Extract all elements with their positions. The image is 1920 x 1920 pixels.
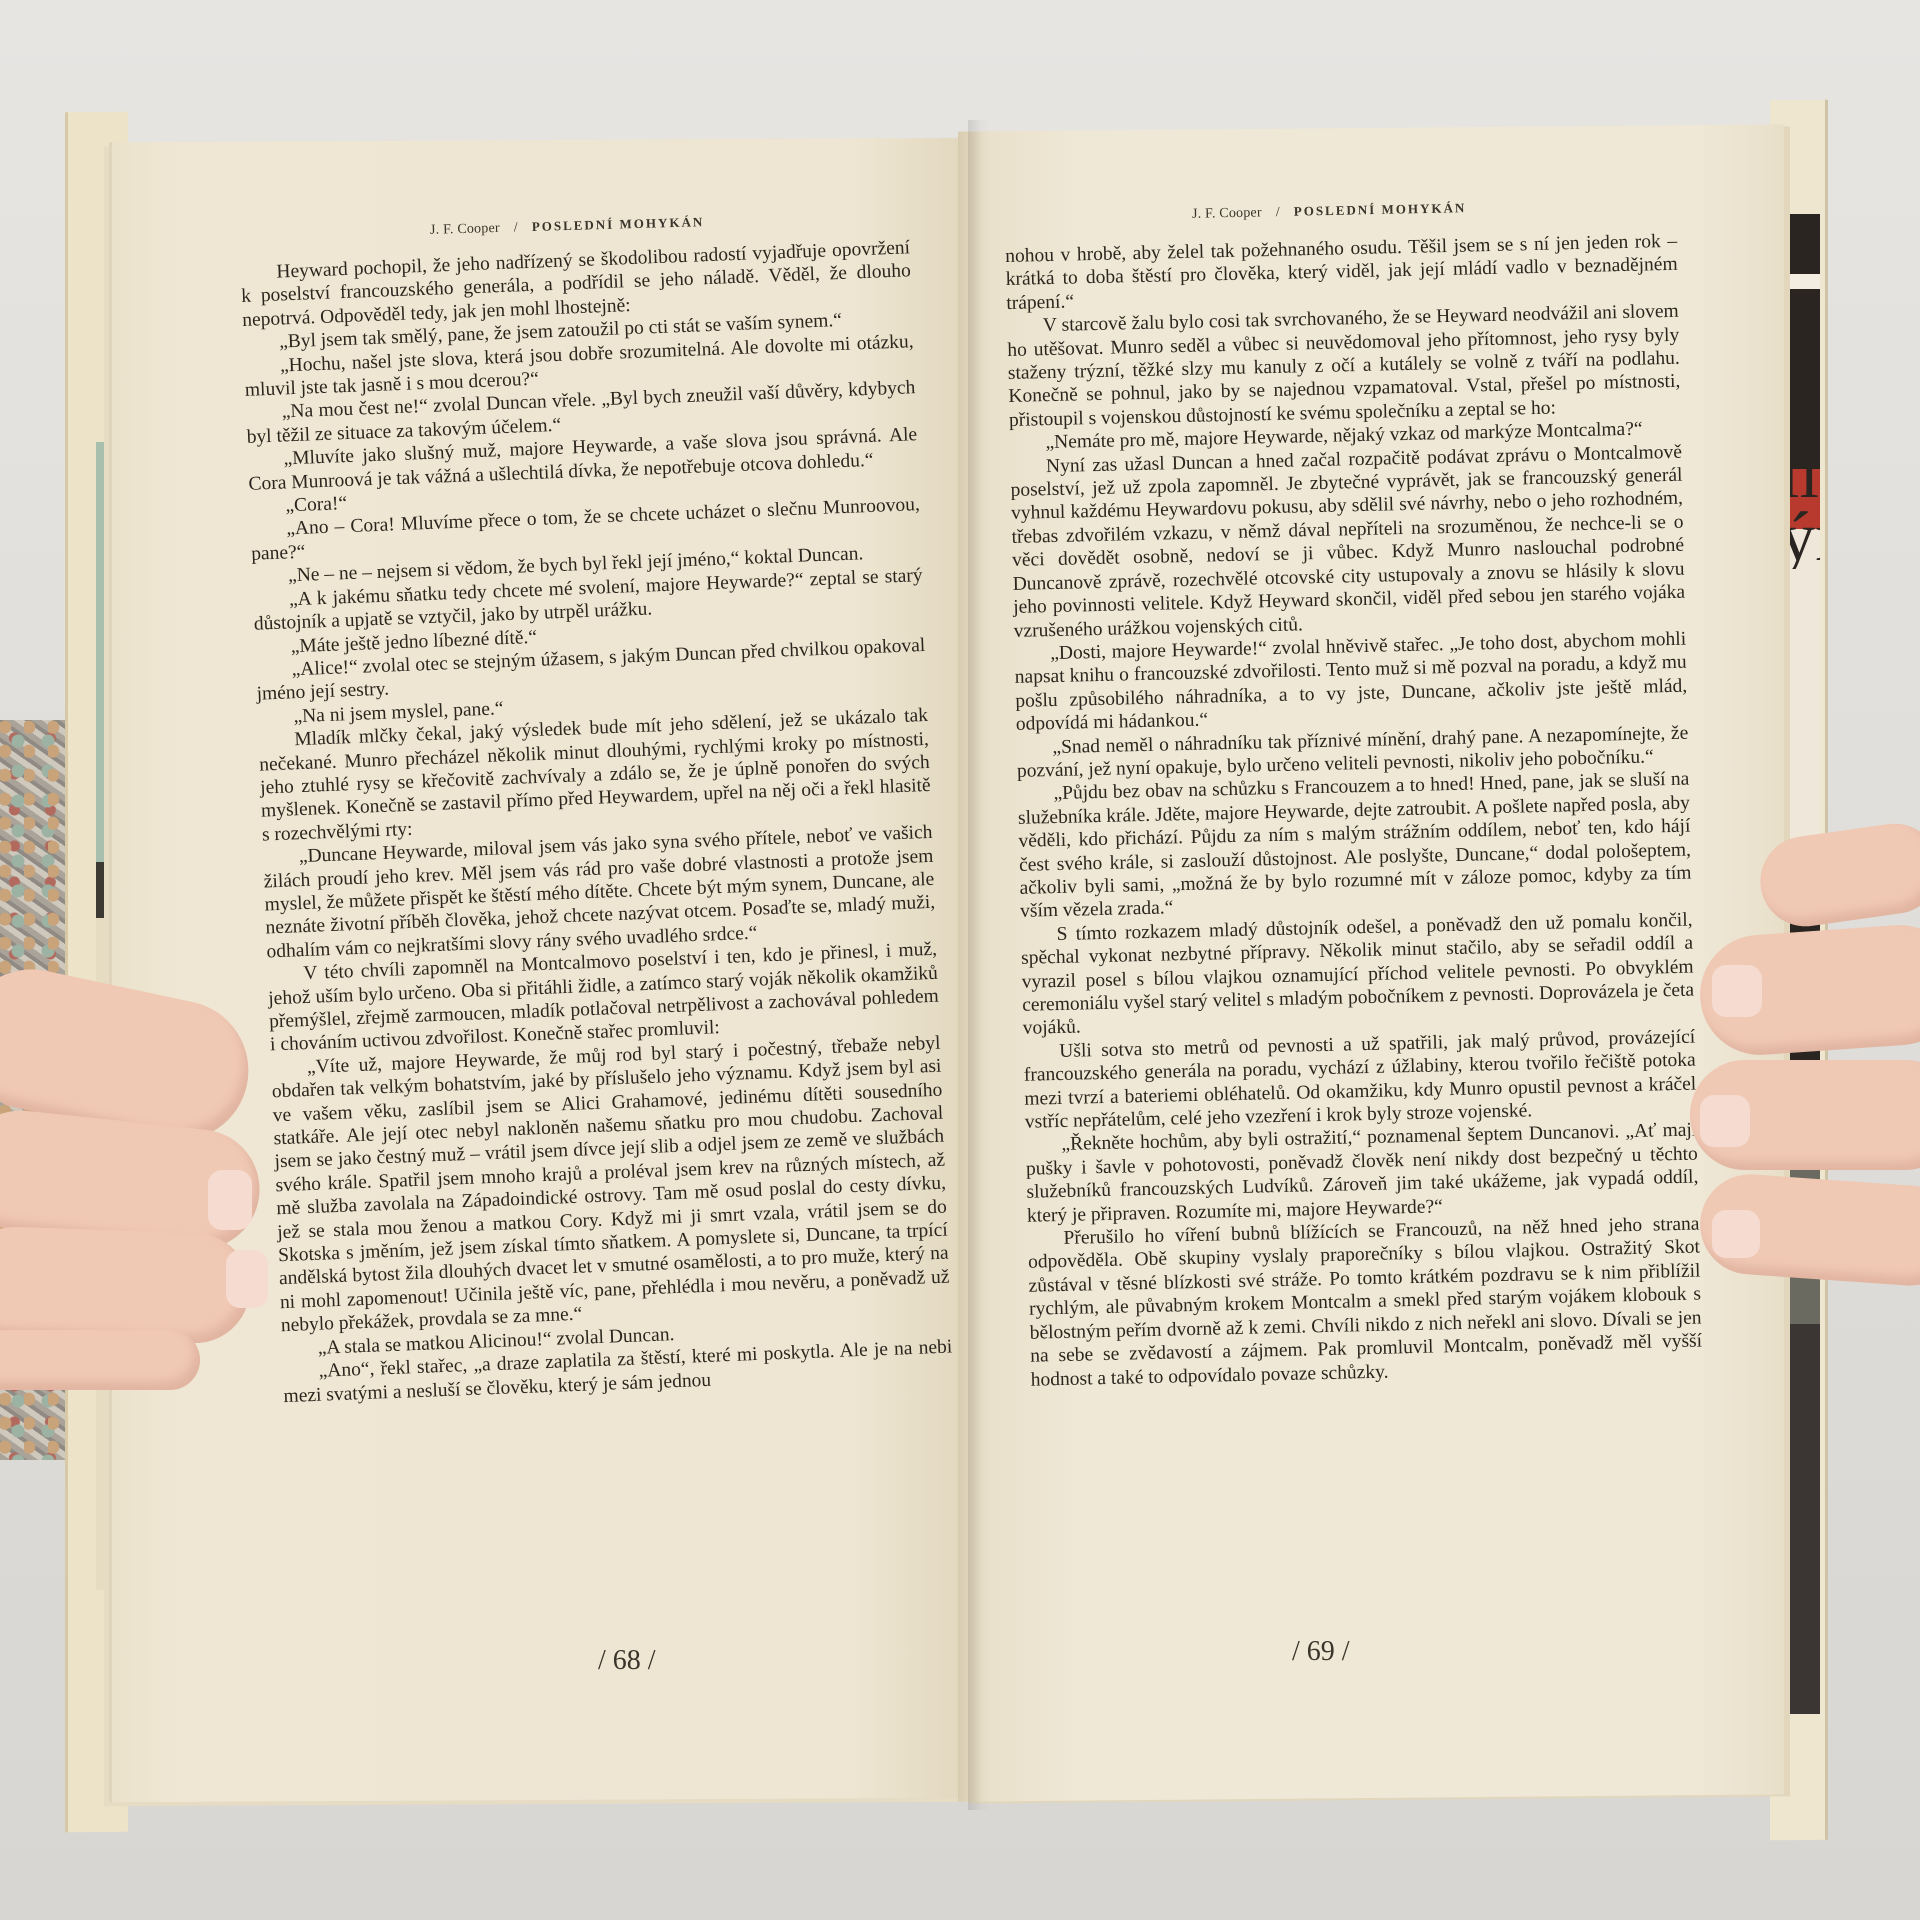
fingernail	[226, 1250, 268, 1308]
right-page-text: nohou v hrobě, aby želel tak požehnaného…	[1005, 230, 1703, 1392]
fingernail	[1700, 1095, 1750, 1147]
left-hand-finger	[0, 1330, 200, 1390]
header-separator: /	[1276, 205, 1280, 220]
header-author: J. F. Cooper	[430, 221, 500, 238]
paragraph: V starcově žalu bylo cosi tak svrchované…	[1007, 300, 1681, 432]
header-title: POSLEDNÍ MOHYKÁN	[1294, 200, 1467, 219]
paragraph: „Půjdu bez obav na schůzku s Francouzem …	[1017, 768, 1692, 924]
paragraph: S tímto rozkazem mladý důstojník odešel,…	[1020, 908, 1694, 1040]
cover-title-letters: řec lic ýn	[1780, 380, 1820, 569]
paragraph: „Víte už, majore Heywarde, že můj rod by…	[271, 1032, 951, 1338]
left-hand-finger	[0, 1225, 252, 1345]
left-page-text: Heyward pochopil, že jeho nadřízený se š…	[240, 236, 954, 1408]
fingernail	[1712, 965, 1762, 1017]
paragraph: Nyní zas užasl Duncan a hned začal rozpa…	[1010, 440, 1686, 642]
book-gutter	[968, 120, 990, 1810]
photo-scene: řec lic ýn J. F. Cooper/POSLEDNÍ MOHYKÁN…	[0, 0, 1920, 1920]
paragraph: Přerušilo ho víření bubnů blížících se F…	[1027, 1213, 1703, 1392]
fingernail	[208, 1170, 252, 1230]
header-separator: /	[514, 220, 519, 235]
header-author: J. F. Cooper	[1192, 205, 1262, 221]
left-page-number: / 68 /	[598, 1645, 656, 1677]
right-page-number: / 69 /	[1292, 1636, 1350, 1668]
paragraph: „Dosti, majore Heywarde!“ zvolal hněvivě…	[1014, 628, 1688, 737]
paragraph: Ušli sotva sto metrů od pevnosti a už sp…	[1023, 1025, 1697, 1134]
fingernail	[1712, 1210, 1760, 1258]
paragraph: „Řekněte hochům, aby byli ostražití,“ po…	[1025, 1119, 1699, 1228]
